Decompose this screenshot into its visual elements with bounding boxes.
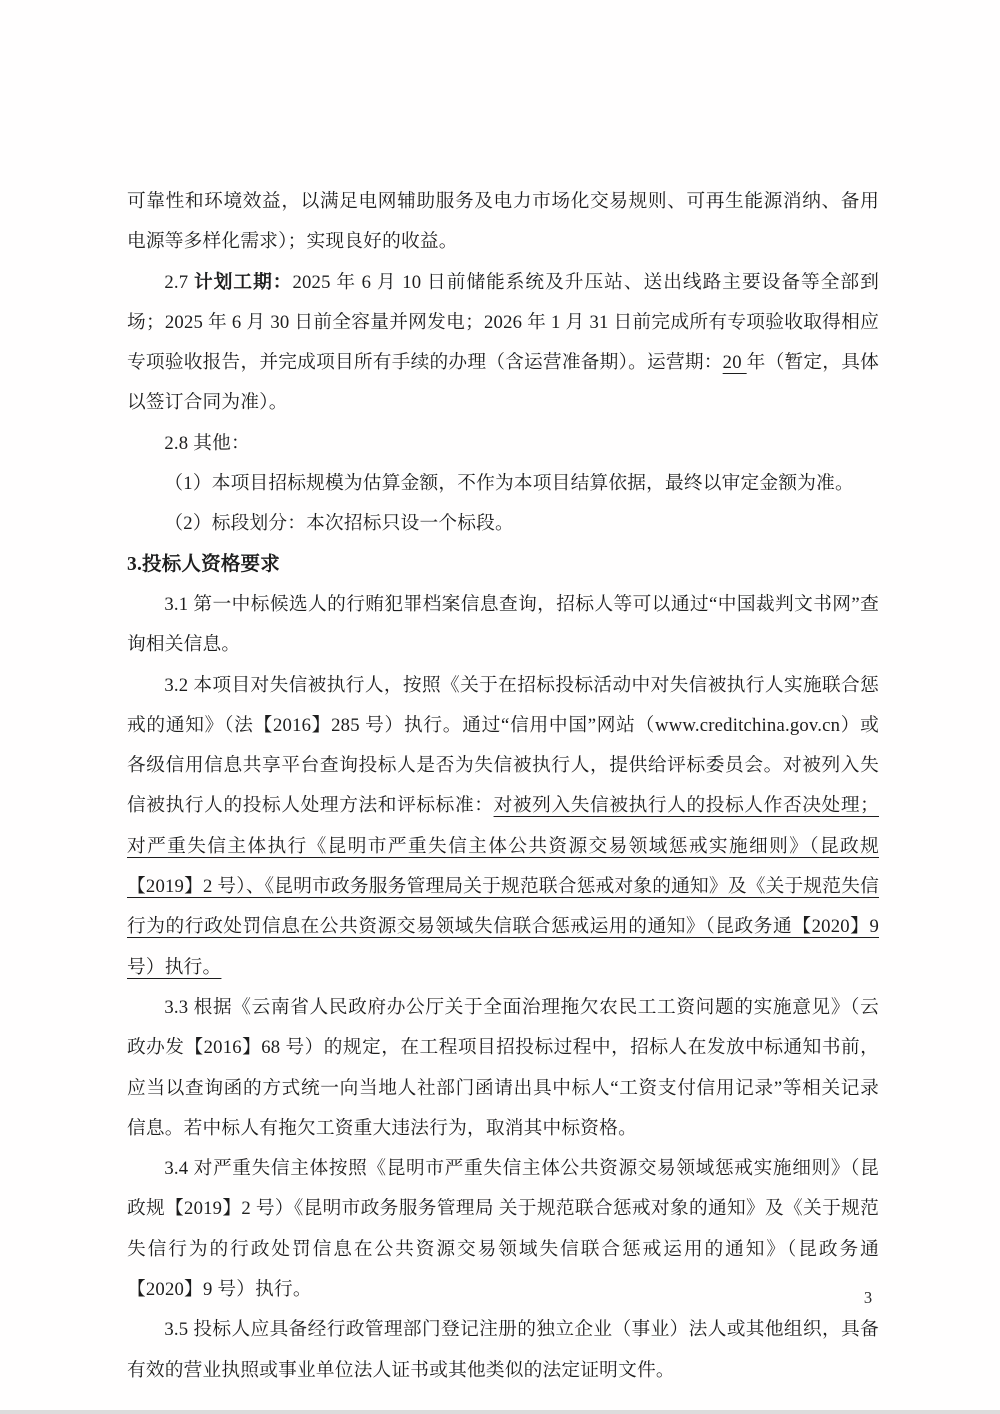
text-run: 计划工期： xyxy=(194,272,292,293)
para-3-1: 3.1 第一中标候选人的行贿犯罪档案信息查询，招标人等可以通过“中国裁判文书网”… xyxy=(127,585,879,666)
heading-3-bidder-qualification: 3.投标人资格要求 xyxy=(127,545,879,585)
text-run: 3.5 投标人应具备经行政管理部门登记注册的独立企业（事业）法人或其他组织，具备… xyxy=(127,1319,879,1380)
text-run: 2.8 其他： xyxy=(164,433,250,454)
text-run: 20 xyxy=(723,352,747,373)
text-run: 3.1 第一中标候选人的行贿犯罪档案信息查询，招标人等可以通过“中国裁判文书网”… xyxy=(127,594,879,655)
text-run: （1）本项目招标规模为估算金额，不作为本项目结算依据，最终以审定金额为准。 xyxy=(164,473,854,494)
para-2-8-other: 2.8 其他： xyxy=(127,424,879,464)
text-run: （2）标段划分：本次招标只设一个标段。 xyxy=(164,513,514,534)
para-2-8-item-2: （2）标段划分：本次招标只设一个标段。 xyxy=(127,504,879,544)
para-3-5: 3.5 投标人应具备经行政管理部门登记注册的独立企业（事业）法人或其他组织，具备… xyxy=(127,1310,879,1391)
para-3-2: 3.2 本项目对失信被执行人，按照《关于在招标投标活动中对失信被执行人实施联合惩… xyxy=(127,666,879,988)
para-2-7-schedule: 2.7 计划工期：2025 年 6 月 10 日前储能系统及升压站、送出线路主要… xyxy=(127,263,879,424)
text-run: 3.3 根据《云南省人民政府办公厅关于全面治理拖欠农民工工资问题的实施意见》（云… xyxy=(127,997,879,1139)
text-run: 2.7 xyxy=(164,272,194,293)
page-bottom-edge xyxy=(0,1410,1000,1414)
document-page: 可靠性和环境效益，以满足电网辅助服务及电力市场化交易规则、可再生能源消纳、备用电… xyxy=(0,0,1000,1414)
text-run: 对被列入失信被执行人的投标人作否决处理；对严重失信主体执行《昆明市严重失信主体公… xyxy=(127,795,879,977)
para-3-3: 3.3 根据《云南省人民政府办公厅关于全面治理拖欠农民工工资问题的实施意见》（云… xyxy=(127,988,879,1149)
document-body: 可靠性和环境效益，以满足电网辅助服务及电力市场化交易规则、可再生能源消纳、备用电… xyxy=(127,182,879,1391)
para-continuation: 可靠性和环境效益，以满足电网辅助服务及电力市场化交易规则、可再生能源消纳、备用电… xyxy=(127,182,879,263)
text-run: 3.4 对严重失信主体按照《昆明市严重失信主体公共资源交易领域惩戒实施细则》（昆… xyxy=(127,1158,879,1300)
page-number: 3 xyxy=(858,1288,878,1308)
para-3-4: 3.4 对严重失信主体按照《昆明市严重失信主体公共资源交易领域惩戒实施细则》（昆… xyxy=(127,1149,879,1310)
text-run: 3.投标人资格要求 xyxy=(127,554,280,575)
text-run: 可靠性和环境效益，以满足电网辅助服务及电力市场化交易规则、可再生能源消纳、备用电… xyxy=(127,191,879,252)
para-2-8-item-1: （1）本项目招标规模为估算金额，不作为本项目结算依据，最终以审定金额为准。 xyxy=(127,464,879,504)
